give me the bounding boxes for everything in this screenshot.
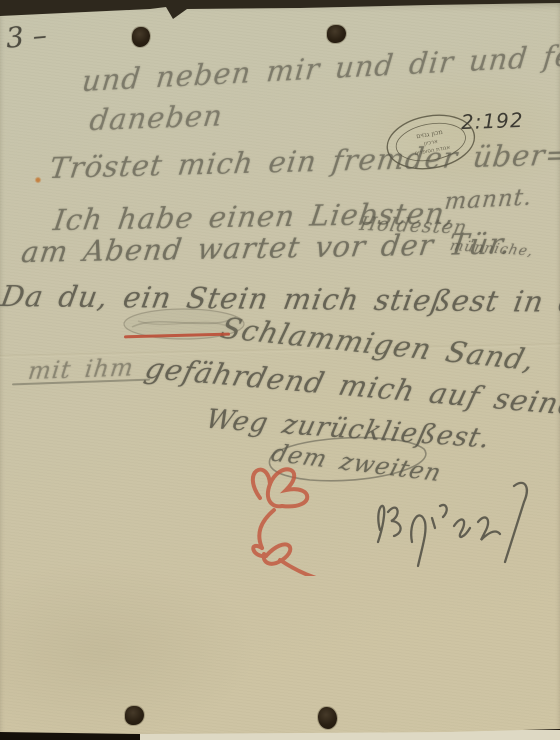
handwriting-line: und neben mir und dir und fern (80, 36, 560, 98)
punch-hole (132, 27, 150, 47)
handwriting-line: am Abend wartet vor der Tür. (19, 226, 513, 269)
manuscript-page: 3 – מכון גנזים ארכיון אגודת הסופרים 2:19… (0, 0, 560, 740)
punch-hole (327, 25, 346, 43)
red-flower-doodle (228, 456, 330, 576)
punch-hole (318, 707, 337, 729)
handwriting-line: Tröstet mich ein fremder über= (48, 137, 560, 185)
erased-word-scribble (118, 303, 250, 347)
handwriting-line: Da du, ein Stein mich stießest in den (0, 279, 560, 319)
punch-hole (125, 706, 144, 725)
signature-scribble (364, 476, 536, 568)
archive-number: 2:192 (461, 108, 524, 134)
handwriting-line: daneben (88, 98, 225, 137)
page-number: 3 – (5, 18, 48, 54)
photo-backdrop: 3 – מכון גנזים ארכיון אגודת הסופרים 2:19… (0, 0, 560, 740)
